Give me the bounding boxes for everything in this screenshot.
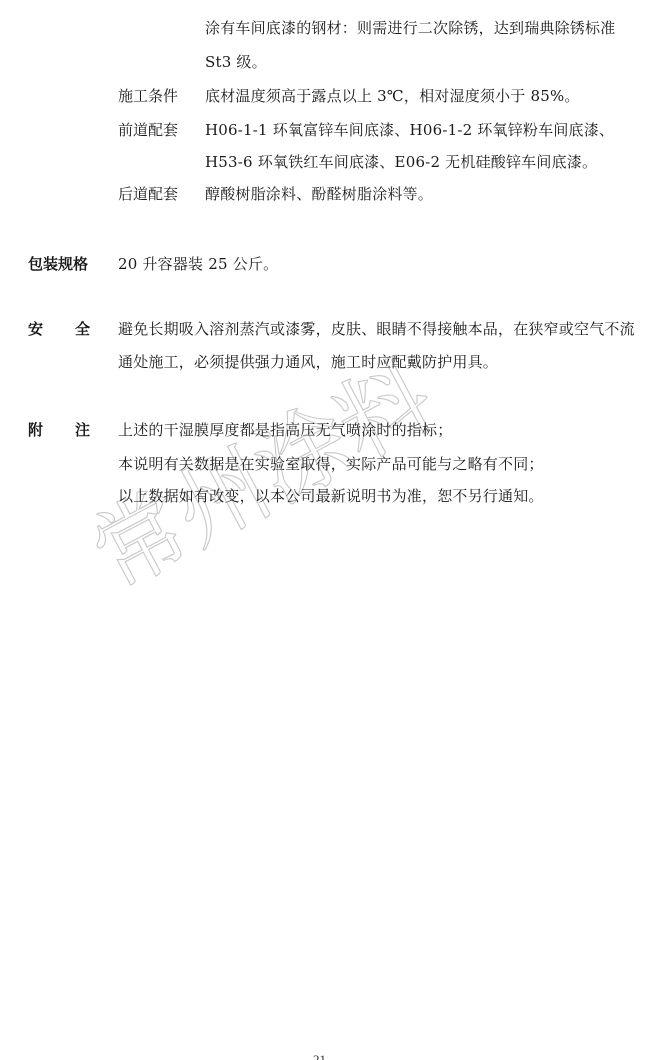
packaging-label: 包装规格: [28, 254, 88, 274]
safety-label-char-2: 全: [75, 319, 90, 339]
previous-coat-line-2: H53-6 环氧铁红车间底漆、E06-2 无机硅酸锌车间底漆。: [205, 152, 597, 172]
safety-line-2: 通处施工，必须提供强力通风，施工时应配戴防护用具。: [118, 352, 498, 372]
notes-line-3: 以上数据如有改变，以本公司最新说明书为准，恕不另行通知。: [118, 486, 544, 506]
next-coat-text: 醇酸树脂涂料、酚醛树脂涂料等。: [205, 184, 433, 204]
previous-coat-label: 前道配套: [118, 120, 178, 140]
notes-line-1: 上述的干湿膜厚度都是指高压无气喷涂时的指标；: [118, 420, 452, 440]
previous-coat-line-1: H06-1-1 环氧富锌车间底漆、H06-1-2 环氧锌粉车间底漆、: [205, 120, 614, 140]
notes-label-char-1: 附: [28, 420, 43, 440]
application-conditions-label: 施工条件: [118, 86, 178, 106]
safety-label-char-1: 安: [28, 319, 43, 339]
safety-label: 安 全: [28, 319, 90, 339]
next-coat-label: 后道配套: [118, 184, 178, 204]
safety-line-1: 避免长期吸入溶剂蒸汽或漆雾，皮肤、眼睛不得接触本品，在狭窄或空气不流: [118, 319, 635, 339]
packaging-text: 20 升容器装 25 公斤。: [118, 254, 278, 274]
notes-line-2: 本说明有关数据是在实验室取得，实际产品可能与之略有不同；: [118, 454, 544, 474]
notes-label-char-2: 注: [75, 420, 90, 440]
surface-prep-line-2: St3 级。: [205, 52, 267, 72]
watermark: 常州涂料: [95, 300, 650, 600]
surface-prep-line-1: 涂有车间底漆的钢材：则需进行二次除锈，达到瑞典除锈标准: [205, 18, 615, 38]
application-conditions-text: 底材温度须高于露点以上 3℃，相对湿度须小于 85%。: [205, 86, 580, 106]
notes-label: 附 注: [28, 420, 90, 440]
page-number: 21: [313, 1052, 326, 1060]
